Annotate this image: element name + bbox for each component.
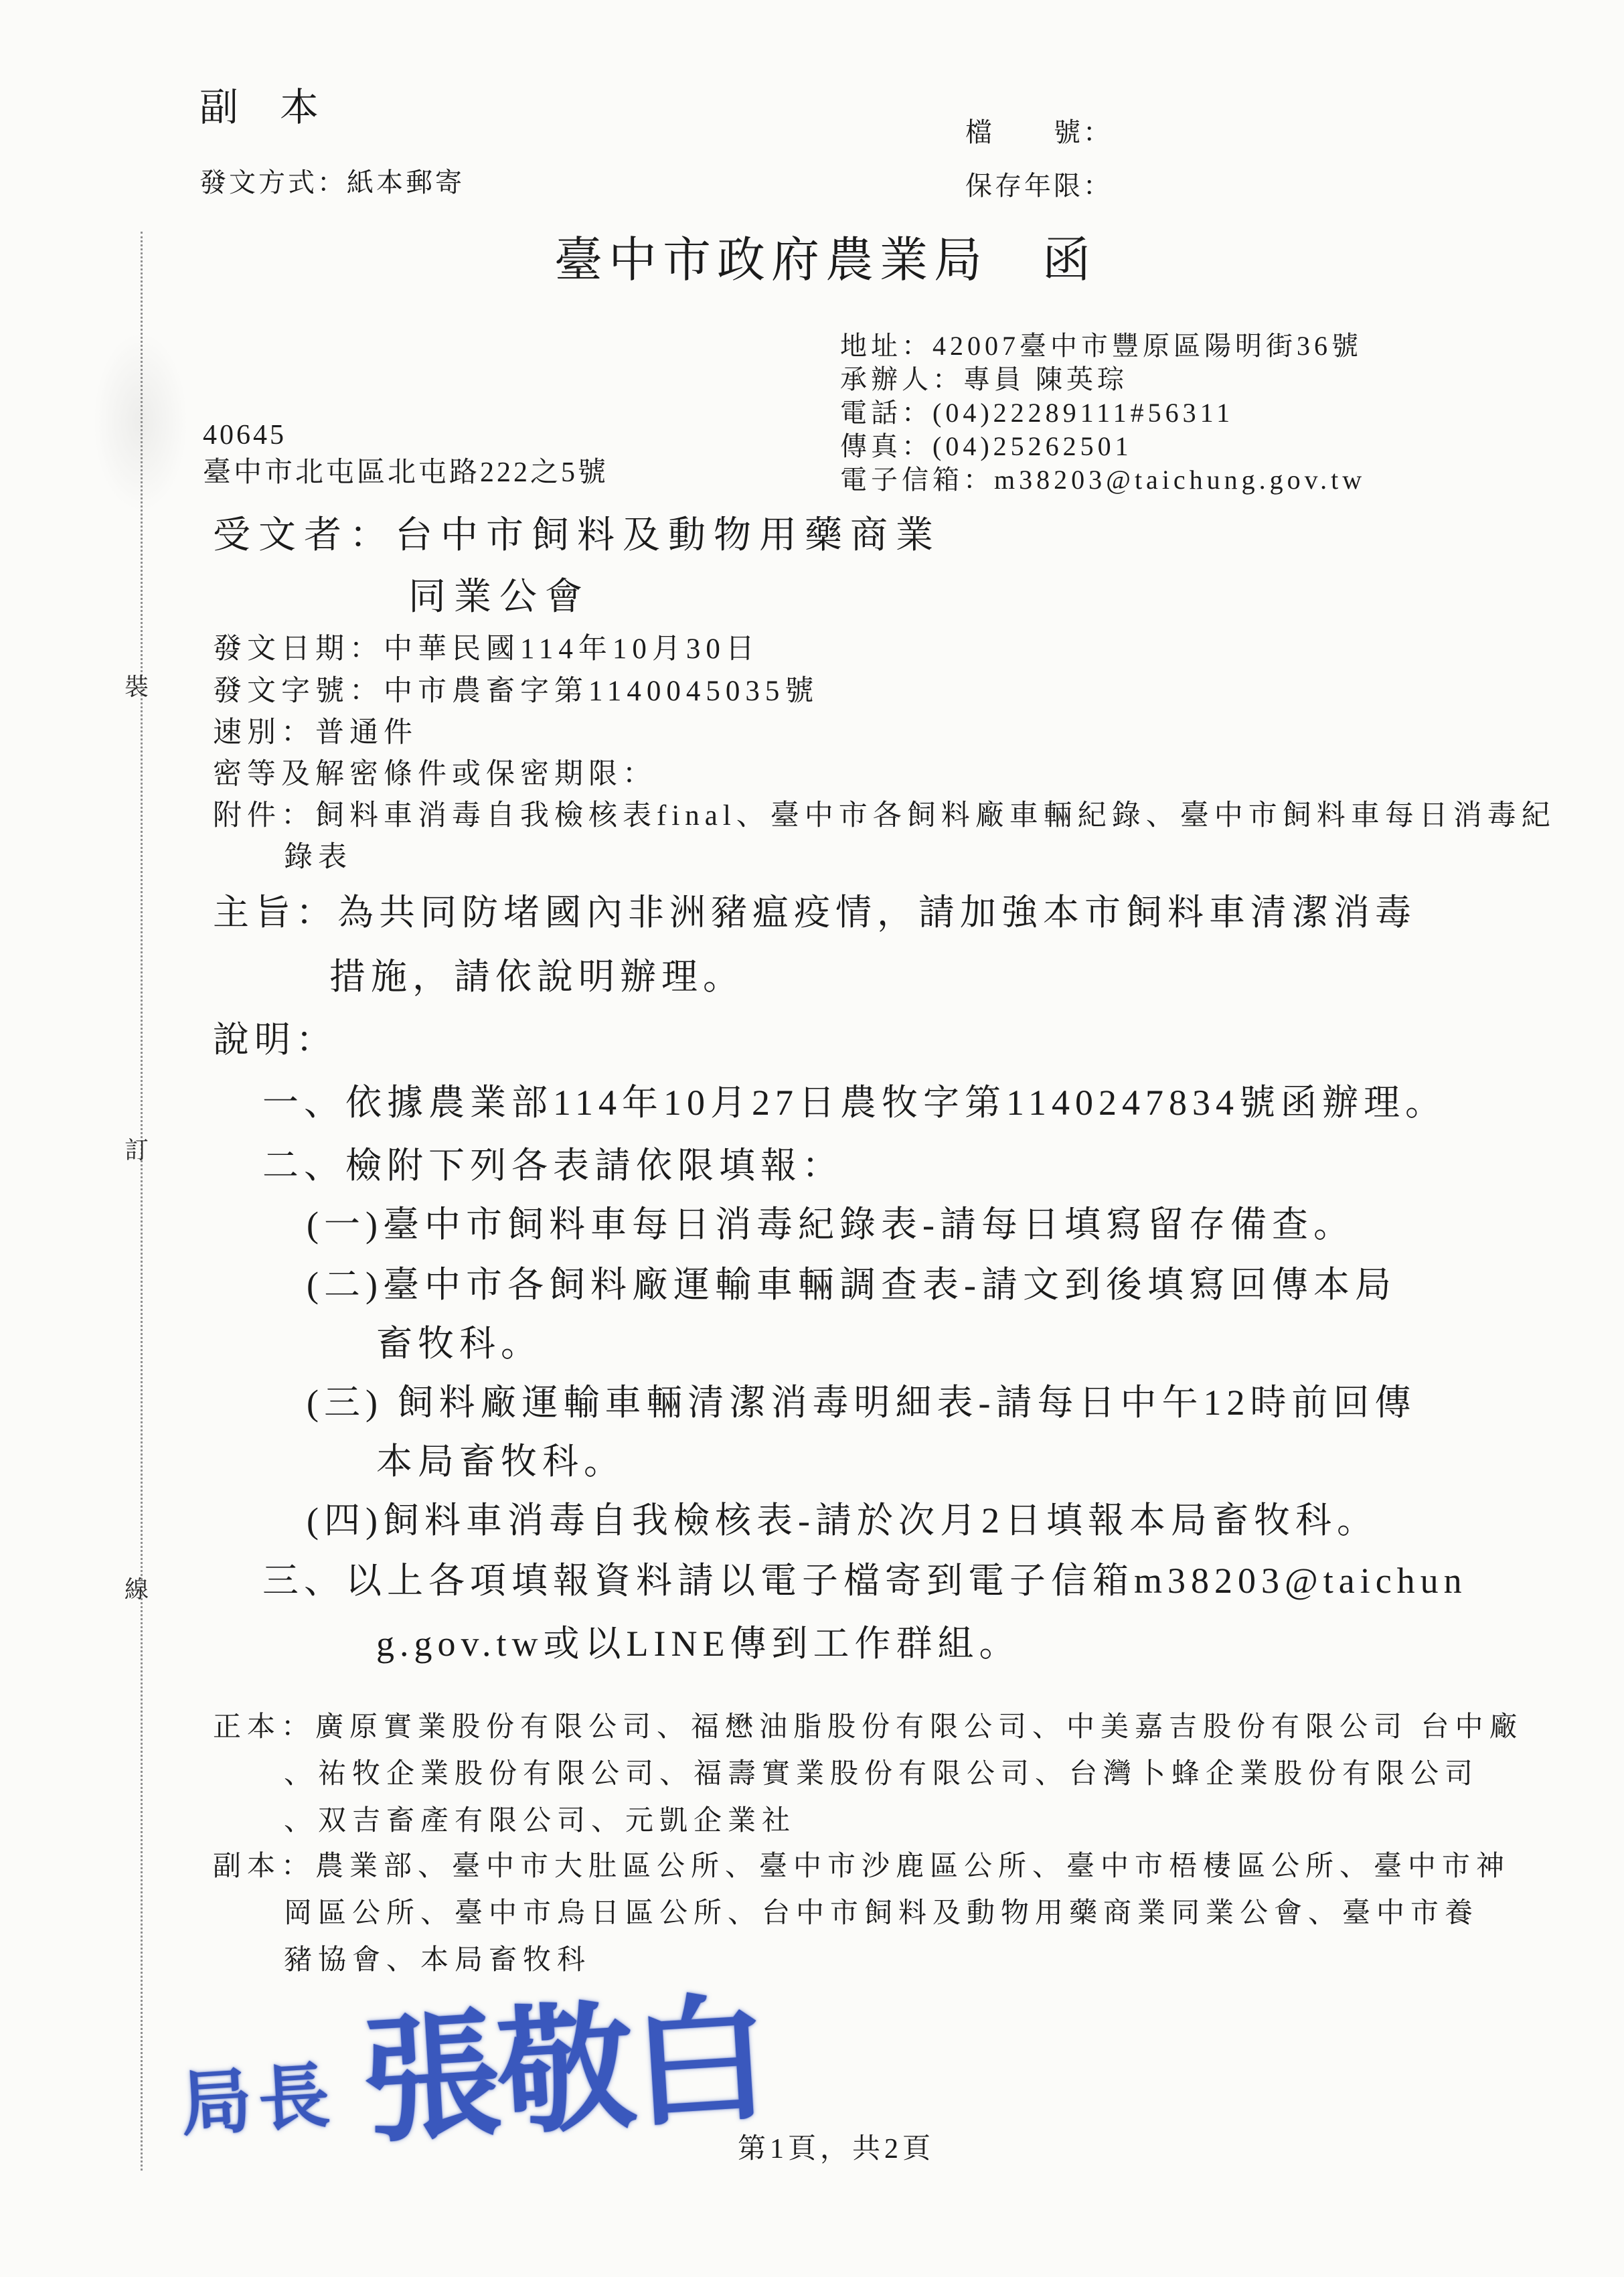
security-class: 密等及解密條件或保密期限：	[213, 758, 657, 791]
description-label: 說明：	[213, 1019, 337, 1061]
binding-mark-ding: 訂	[125, 1131, 149, 1166]
recipient-zip: 40645	[203, 419, 287, 451]
copy-recipients-line1: 副本：農業部、臺中市大肚區公所、臺中市沙鹿區公所、臺中市梧棲區公所、臺中市神	[213, 1851, 1510, 1883]
recipient-address: 臺中市北屯區北屯路222之5號	[203, 457, 608, 489]
copy-recipients-line2: 岡區公所、臺中市烏日區公所、台中市飼料及動物用藥商業同業公會、臺中市養	[284, 1897, 1479, 1930]
priority-level: 速別：普通件	[213, 716, 418, 749]
recipient-line1: 受文者：台中市飼料及動物用藥商業	[213, 514, 941, 557]
document-title: 臺中市政府農業局 函	[554, 233, 1097, 289]
original-recipients-line3: 、双吉畜產有限公司、元凱企業社	[284, 1805, 796, 1837]
subject-line2: 措施，請依說明辦理。	[329, 956, 744, 998]
binding-dotted-line	[141, 232, 143, 2171]
copy-label: 副 本	[199, 86, 320, 131]
original-recipients-line2: 、祐牧企業股份有限公司、福壽實業股份有限公司、台灣卜蜂企業股份有限公司	[284, 1758, 1479, 1790]
agency-phone: 電話：(04)22289111#56311	[840, 398, 1234, 428]
description-item-2-3-line2: 本局畜牧科。	[376, 1441, 625, 1482]
description-item-2-2-line2: 畜牧科。	[376, 1323, 542, 1364]
agency-contact-person: 承辦人：專員 陳英琮	[840, 364, 1128, 395]
agency-fax: 傳真：(04)25262501	[840, 431, 1133, 462]
description-item-2: 二、檢附下列各表請依限填報：	[262, 1145, 843, 1186]
attachments-line2: 錄表	[284, 841, 352, 874]
agency-email: 電子信箱：m38203@taichung.gov.tw	[840, 465, 1366, 495]
agency-address: 地址：42007臺中市豐原區陽明街36號	[840, 331, 1362, 362]
document-page: 裝 訂 線 副 本 檔 號： 保存年限： 發文方式：紙本郵寄 臺中市政府農業局 …	[0, 0, 1624, 2277]
binding-mark-xian: 線	[125, 1571, 149, 1605]
original-recipients-line1: 正本：廣原實業股份有限公司、福懋油脂股份有限公司、中美嘉吉股份有限公司 台中廠	[213, 1711, 1524, 1743]
attachments-line1: 附件：飼料車消毒自我檢核表final、臺中市各飼料廠車輛紀錄、臺中市飼料車每日消…	[213, 799, 1556, 832]
retention-period-label: 保存年限：	[965, 171, 1113, 202]
page-number: 第1頁，共2頁	[738, 2133, 935, 2165]
document-number: 發文字號：中市農畜字第1140045035號	[213, 675, 819, 708]
delivery-method: 發文方式：紙本郵寄	[199, 167, 465, 198]
description-item-1: 一、依據農業部114年10月27日農牧字第1140247834號函辦理。	[262, 1082, 1447, 1123]
director-title-label: 局長	[179, 2057, 339, 2144]
binding-mark-zhuang: 裝	[125, 668, 149, 702]
file-number-label: 檔 號：	[965, 117, 1113, 148]
description-item-2-4: (四)飼料車消毒自我檢核表-請於次月2日填報本局畜牧科。	[307, 1500, 1378, 1541]
director-name: 張敬白	[359, 1984, 771, 2160]
description-item-3-line2: g.gov.tw或以LINE傳到工作群組。	[376, 1623, 1020, 1664]
description-item-2-3-line1: (三) 飼料廠運輸車輛清潔消毒明細表-請每日中午12時前回傳	[307, 1382, 1416, 1423]
subject-line1: 主旨：為共同防堵國內非洲豬瘟疫情，請加強本市飼料車清潔消毒	[213, 892, 1416, 933]
issue-date: 發文日期：中華民國114年10月30日	[213, 633, 760, 665]
description-item-2-1: (一)臺中市飼料車每日消毒紀錄表-請每日填寫留存備查。	[307, 1204, 1355, 1245]
recipient-line2: 同業公會	[408, 576, 590, 619]
description-item-3-line1: 三、以上各項填報資料請以電子檔寄到電子信箱m38203@taichun	[262, 1560, 1467, 1601]
description-item-2-2-line1: (二)臺中市各飼料廠運輸車輛調查表-請文到後填寫回傳本局	[307, 1264, 1396, 1306]
